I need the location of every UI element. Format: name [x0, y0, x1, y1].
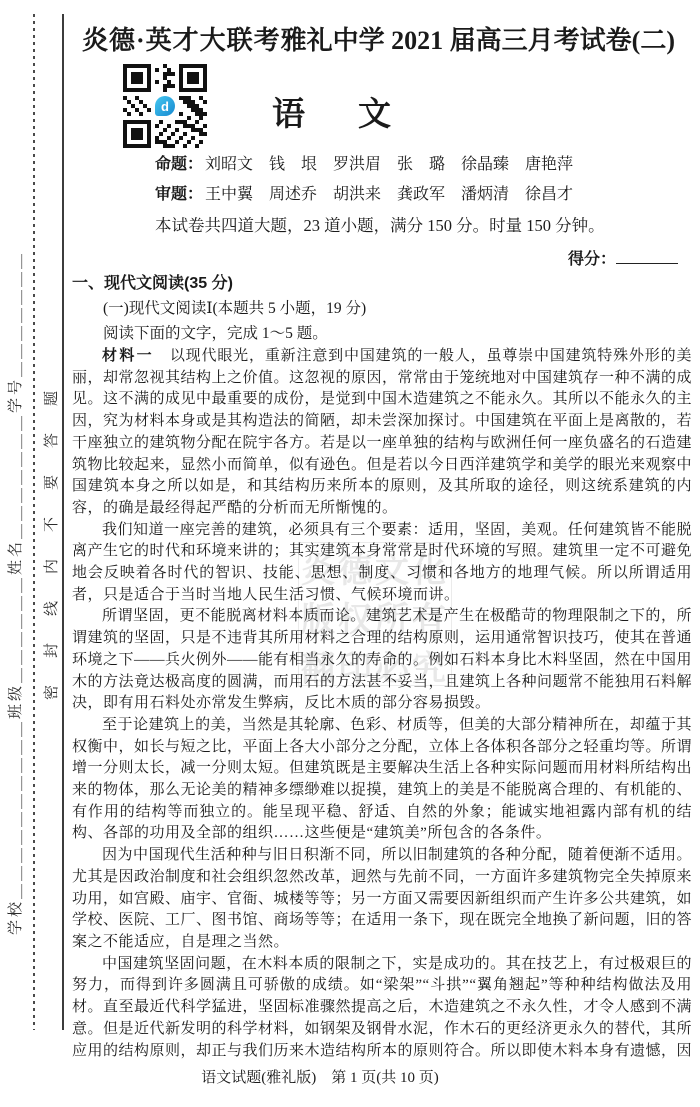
qr-logo: d [152, 93, 178, 119]
score-blank [616, 249, 678, 264]
section-heading: 一、现代文阅读(35 分) [72, 271, 692, 296]
exam-info: 本试卷共四道大题，23 道小题，满分 150 分。时量 150 分钟。 [155, 212, 605, 236]
page-footer: 语文试题(雅礼版) 第 1 页(共 10 页) [72, 1066, 568, 1087]
subject-title: 语 文 [272, 88, 401, 135]
passage-paragraphs: 材料一 以现代眼光，重新注意到中国建筑的一般人，虽尊崇中国建筑特殊外形的美丽，却… [72, 346, 692, 1061]
setters-names: 刘昭文 钱 垠 罗洪眉 张 璐 徐晶臻 唐艳萍 [205, 156, 573, 173]
score-field: 得分： [568, 246, 678, 269]
passage-paragraph: 至于论建筑上的美，当然是其轮廓、色彩、材质等，但美的大部分精神所在，却蕴于其权衡… [72, 715, 692, 845]
exam-title: 炎德·英才大联考雅礼中学 2021 届高三月考试卷(二) [65, 20, 692, 57]
brand-name: 炎德·英才大联考 [82, 26, 281, 55]
passage-paragraph: 中国建筑坚固问题，在木料本质的限制之下，实是成功的。其在技艺上，有过极艰巨的努力… [72, 954, 692, 1061]
setters-row: 命题：刘昭文 钱 垠 罗洪眉 张 璐 徐晶臻 唐艳萍 [155, 151, 573, 174]
reviewers-row: 审题：王中翼 周述乔 胡洪来 龚政军 潘炳清 徐昌才 [155, 181, 573, 204]
score-label: 得分： [568, 251, 616, 268]
passage-paragraph: 材料一 以现代眼光，重新注意到中国建筑的一般人，虽尊崇中国建筑特殊外形的美丽，却… [72, 346, 692, 520]
subsection-heading: (一)现代文阅读Ⅰ(本题共 5 小题，19 分) [72, 296, 692, 321]
passage-paragraph: 因为中国现代生活种种与旧日积渐不同，所以旧制建筑的各种分配，随着便渐不适用。尤其… [72, 845, 692, 954]
reading-passage: 一、现代文阅读(35 分) (一)现代文阅读Ⅰ(本题共 5 小题，19 分) 阅… [72, 271, 692, 1061]
exam-page: 学校＿＿＿＿＿＿＿＿＿＿班级＿＿＿＿＿＿姓名＿＿＿＿＿＿＿学号＿＿＿＿＿＿＿ 密… [0, 0, 700, 1107]
reviewers-names: 王中翼 周述乔 胡洪来 龚政军 潘炳清 徐昌才 [205, 186, 573, 203]
qr-logo-letter: d [155, 96, 175, 116]
passage-paragraph: 所谓坚固，更不能脱离材料本质而论。建筑艺术是产生在极酷苛的物理限制之下的，所谓建… [72, 606, 692, 715]
passage-paragraph: 我们知道一座完善的建筑，必须具有三个要素：适用，坚固，美观。任何建筑皆不能脱离产… [72, 520, 692, 607]
instruction-line: 阅读下面的文字，完成 1～5 题。 [72, 321, 692, 346]
reviewers-label: 审题： [155, 186, 203, 203]
qr-code: d [123, 64, 207, 148]
material-label: 材料一 [102, 348, 154, 364]
setters-label: 命题： [155, 156, 203, 173]
exam-title-rest: 雅礼中学 2021 届高三月考试卷(二) [281, 26, 675, 55]
